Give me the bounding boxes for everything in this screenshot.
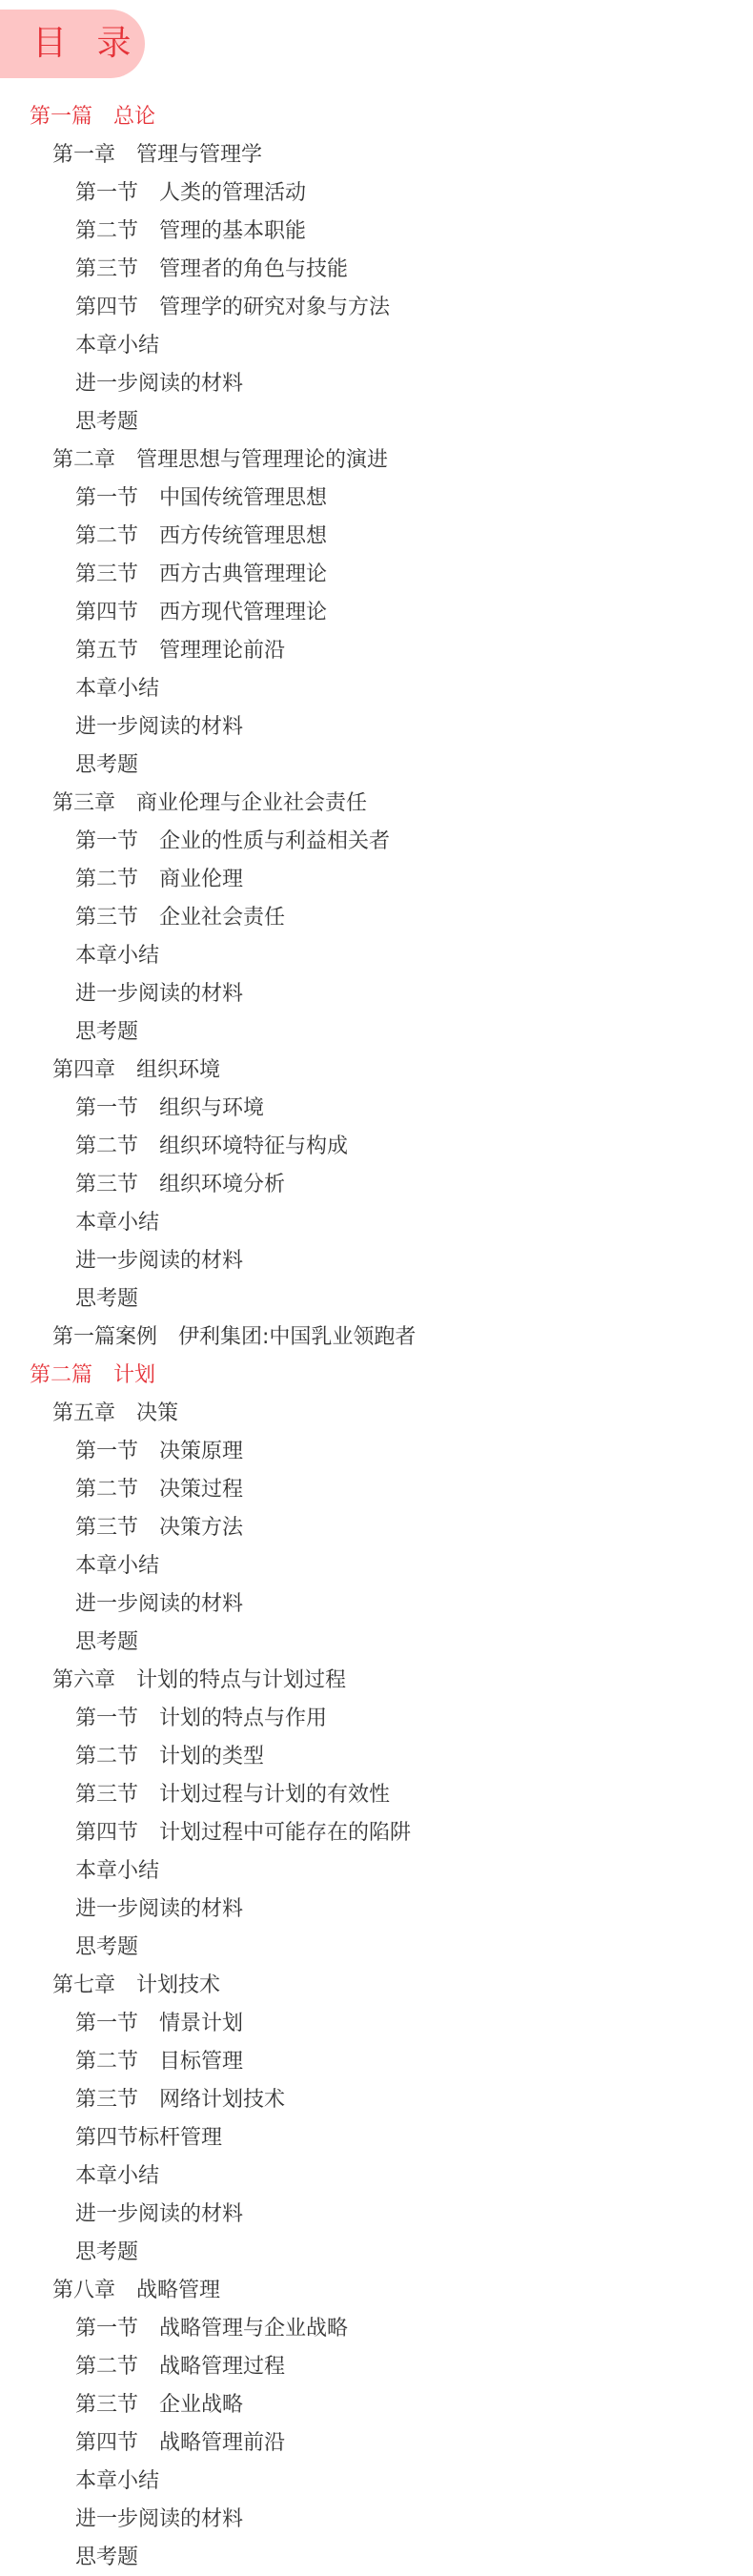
toc-section-link[interactable]: 思考题	[0, 1280, 753, 1319]
toc-section-link[interactable]: 第一节 中国传统管理思想	[0, 480, 753, 518]
toc-section-link[interactable]: 第二节 决策过程	[0, 1471, 753, 1509]
toc-section-link[interactable]: 第二节 西方传统管理思想	[0, 518, 753, 556]
toc-section-link[interactable]: 第三节 企业社会责任	[0, 899, 753, 937]
table-of-contents: 第一篇 总论第一章 管理与管理学第一节 人类的管理活动第二节 管理的基本职能第三…	[0, 98, 753, 2576]
toc-header-banner: 目 录	[0, 10, 145, 78]
toc-section-link[interactable]: 本章小结	[0, 2463, 753, 2501]
toc-section-link[interactable]: 进一步阅读的材料	[0, 708, 753, 746]
toc-section-link[interactable]: 第三节 网络计划技术	[0, 2081, 753, 2119]
toc-section-link[interactable]: 第二节 战略管理过程	[0, 2348, 753, 2386]
toc-section-link[interactable]: 第四节 战略管理前沿	[0, 2424, 753, 2463]
toc-chapter-link[interactable]: 第三章 商业伦理与企业社会责任	[0, 785, 753, 823]
toc-section-link[interactable]: 第一节 人类的管理活动	[0, 174, 753, 213]
toc-section-link[interactable]: 第三节 西方古典管理理论	[0, 556, 753, 594]
toc-section-link[interactable]: 第四节 管理学的研究对象与方法	[0, 289, 753, 327]
toc-section-link[interactable]: 本章小结	[0, 1852, 753, 1891]
toc-section-link[interactable]: 第一节 战略管理与企业战略	[0, 2310, 753, 2348]
toc-section-link[interactable]: 进一步阅读的材料	[0, 365, 753, 403]
toc-chapter-link[interactable]: 第一篇案例 伊利集团:中国乳业领跑者	[0, 1319, 753, 1357]
toc-section-link[interactable]: 本章小结	[0, 1204, 753, 1242]
toc-section-link[interactable]: 第三节 管理者的角色与技能	[0, 251, 753, 289]
toc-section-link[interactable]: 第二节 目标管理	[0, 2043, 753, 2081]
toc-section-link[interactable]: 思考题	[0, 1013, 753, 1052]
toc-chapter-link[interactable]: 第一章 管理与管理学	[0, 136, 753, 174]
toc-section-link[interactable]: 本章小结	[0, 2157, 753, 2196]
toc-section-link[interactable]: 本章小结	[0, 327, 753, 365]
toc-section-link[interactable]: 第三节 计划过程与计划的有效性	[0, 1776, 753, 1814]
toc-section-link[interactable]: 思考题	[0, 1929, 753, 1967]
toc-section-link[interactable]: 第一节 组织与环境	[0, 1090, 753, 1128]
toc-chapter-link[interactable]: 第六章 计划的特点与计划过程	[0, 1662, 753, 1700]
toc-chapter-link[interactable]: 第二章 管理思想与管理理论的演进	[0, 441, 753, 480]
toc-title: 目 录	[32, 23, 140, 65]
toc-section-link[interactable]: 第二节 管理的基本职能	[0, 213, 753, 251]
toc-section-link[interactable]: 思考题	[0, 2539, 753, 2576]
toc-section-link[interactable]: 第四节 西方现代管理理论	[0, 594, 753, 632]
toc-section-link[interactable]: 第二节 计划的类型	[0, 1738, 753, 1776]
toc-section-link[interactable]: 第一节 情景计划	[0, 2005, 753, 2043]
toc-section-link[interactable]: 第一节 计划的特点与作用	[0, 1700, 753, 1738]
toc-section-link[interactable]: 本章小结	[0, 1547, 753, 1585]
toc-section-link[interactable]: 第二节 组织环境特征与构成	[0, 1128, 753, 1166]
toc-section-link[interactable]: 进一步阅读的材料	[0, 2501, 753, 2539]
toc-section-link[interactable]: 本章小结	[0, 670, 753, 708]
toc-section-link[interactable]: 第五节 管理理论前沿	[0, 632, 753, 670]
toc-section-link[interactable]: 第一节 企业的性质与利益相关者	[0, 823, 753, 861]
toc-section-link[interactable]: 第二节 商业伦理	[0, 861, 753, 899]
toc-part-link[interactable]: 第二篇 计划	[0, 1357, 753, 1395]
toc-part-link[interactable]: 第一篇 总论	[0, 98, 753, 136]
toc-section-link[interactable]: 思考题	[0, 1624, 753, 1662]
toc-section-link[interactable]: 进一步阅读的材料	[0, 1242, 753, 1280]
toc-section-link[interactable]: 本章小结	[0, 937, 753, 975]
toc-section-link[interactable]: 第四节标杆管理	[0, 2119, 753, 2157]
toc-section-link[interactable]: 思考题	[0, 403, 753, 441]
toc-section-link[interactable]: 第三节 企业战略	[0, 2386, 753, 2424]
toc-chapter-link[interactable]: 第五章 决策	[0, 1395, 753, 1433]
toc-section-link[interactable]: 第三节 组织环境分析	[0, 1166, 753, 1204]
toc-chapter-link[interactable]: 第四章 组织环境	[0, 1052, 753, 1090]
toc-section-link[interactable]: 第三节 决策方法	[0, 1509, 753, 1547]
toc-chapter-link[interactable]: 第八章 战略管理	[0, 2272, 753, 2310]
toc-section-link[interactable]: 进一步阅读的材料	[0, 975, 753, 1013]
toc-section-link[interactable]: 思考题	[0, 2234, 753, 2272]
toc-section-link[interactable]: 第四节 计划过程中可能存在的陷阱	[0, 1814, 753, 1852]
toc-section-link[interactable]: 进一步阅读的材料	[0, 1585, 753, 1624]
toc-section-link[interactable]: 第一节 决策原理	[0, 1433, 753, 1471]
toc-section-link[interactable]: 进一步阅读的材料	[0, 2196, 753, 2234]
toc-section-link[interactable]: 进一步阅读的材料	[0, 1891, 753, 1929]
toc-chapter-link[interactable]: 第七章 计划技术	[0, 1967, 753, 2005]
toc-section-link[interactable]: 思考题	[0, 746, 753, 785]
